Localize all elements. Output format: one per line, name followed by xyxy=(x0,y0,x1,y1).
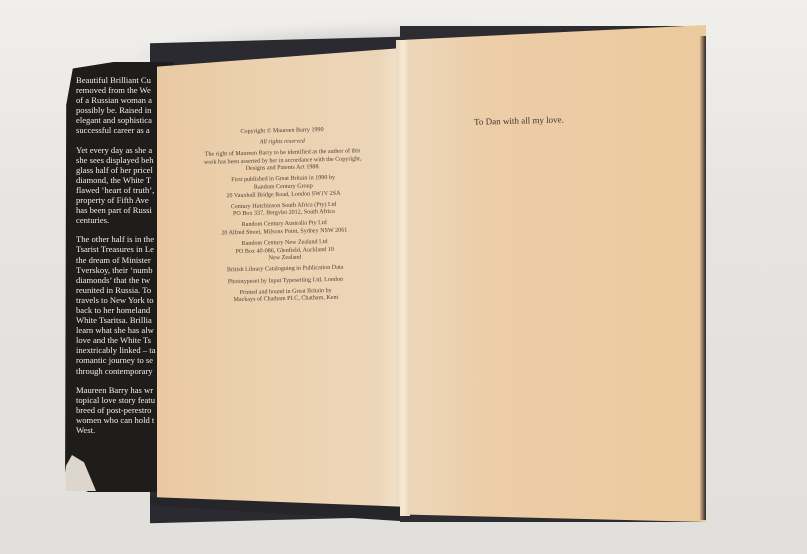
blurb-paragraph-4: Maureen Barry has wr topical love story … xyxy=(76,385,168,435)
book-gutter xyxy=(396,40,410,516)
rights-reserved: All rights reserved xyxy=(184,137,380,149)
cip-data: British Library Cataloguing in Publicati… xyxy=(187,264,383,276)
copyright-text: Copyright © Maureen Barry 1990 All right… xyxy=(184,126,384,310)
moral-rights: The right of Maureen Barry to be identif… xyxy=(184,148,380,175)
typesetter: Phototypeset by Input Typesetting Ltd, L… xyxy=(187,275,383,287)
blurb-paragraph-1: Beautiful Brilliant Cu removed from the … xyxy=(76,75,168,136)
publisher-new-zealand: Random Century New Zealand Ltd PO Box 40… xyxy=(187,238,383,265)
publisher-south-africa: Century Hutchinson South Africa (Pty) Lt… xyxy=(186,201,382,221)
first-published: First published in Great Britain in 1990… xyxy=(185,174,381,201)
dedication-page xyxy=(404,25,706,522)
publisher-australia: Random Century Australia Pty Ltd 20 Alfr… xyxy=(186,219,382,239)
page-edge xyxy=(700,36,706,520)
blurb-paragraph-3: The other half is in the Tsarist Treasur… xyxy=(76,234,168,375)
jacket-blurb: Beautiful Brilliant Cu removed from the … xyxy=(76,75,168,444)
blurb-paragraph-2: Yet every day as she a she sees displaye… xyxy=(76,145,168,226)
printer: Printed and bound in Great Britain by Ma… xyxy=(188,286,384,306)
